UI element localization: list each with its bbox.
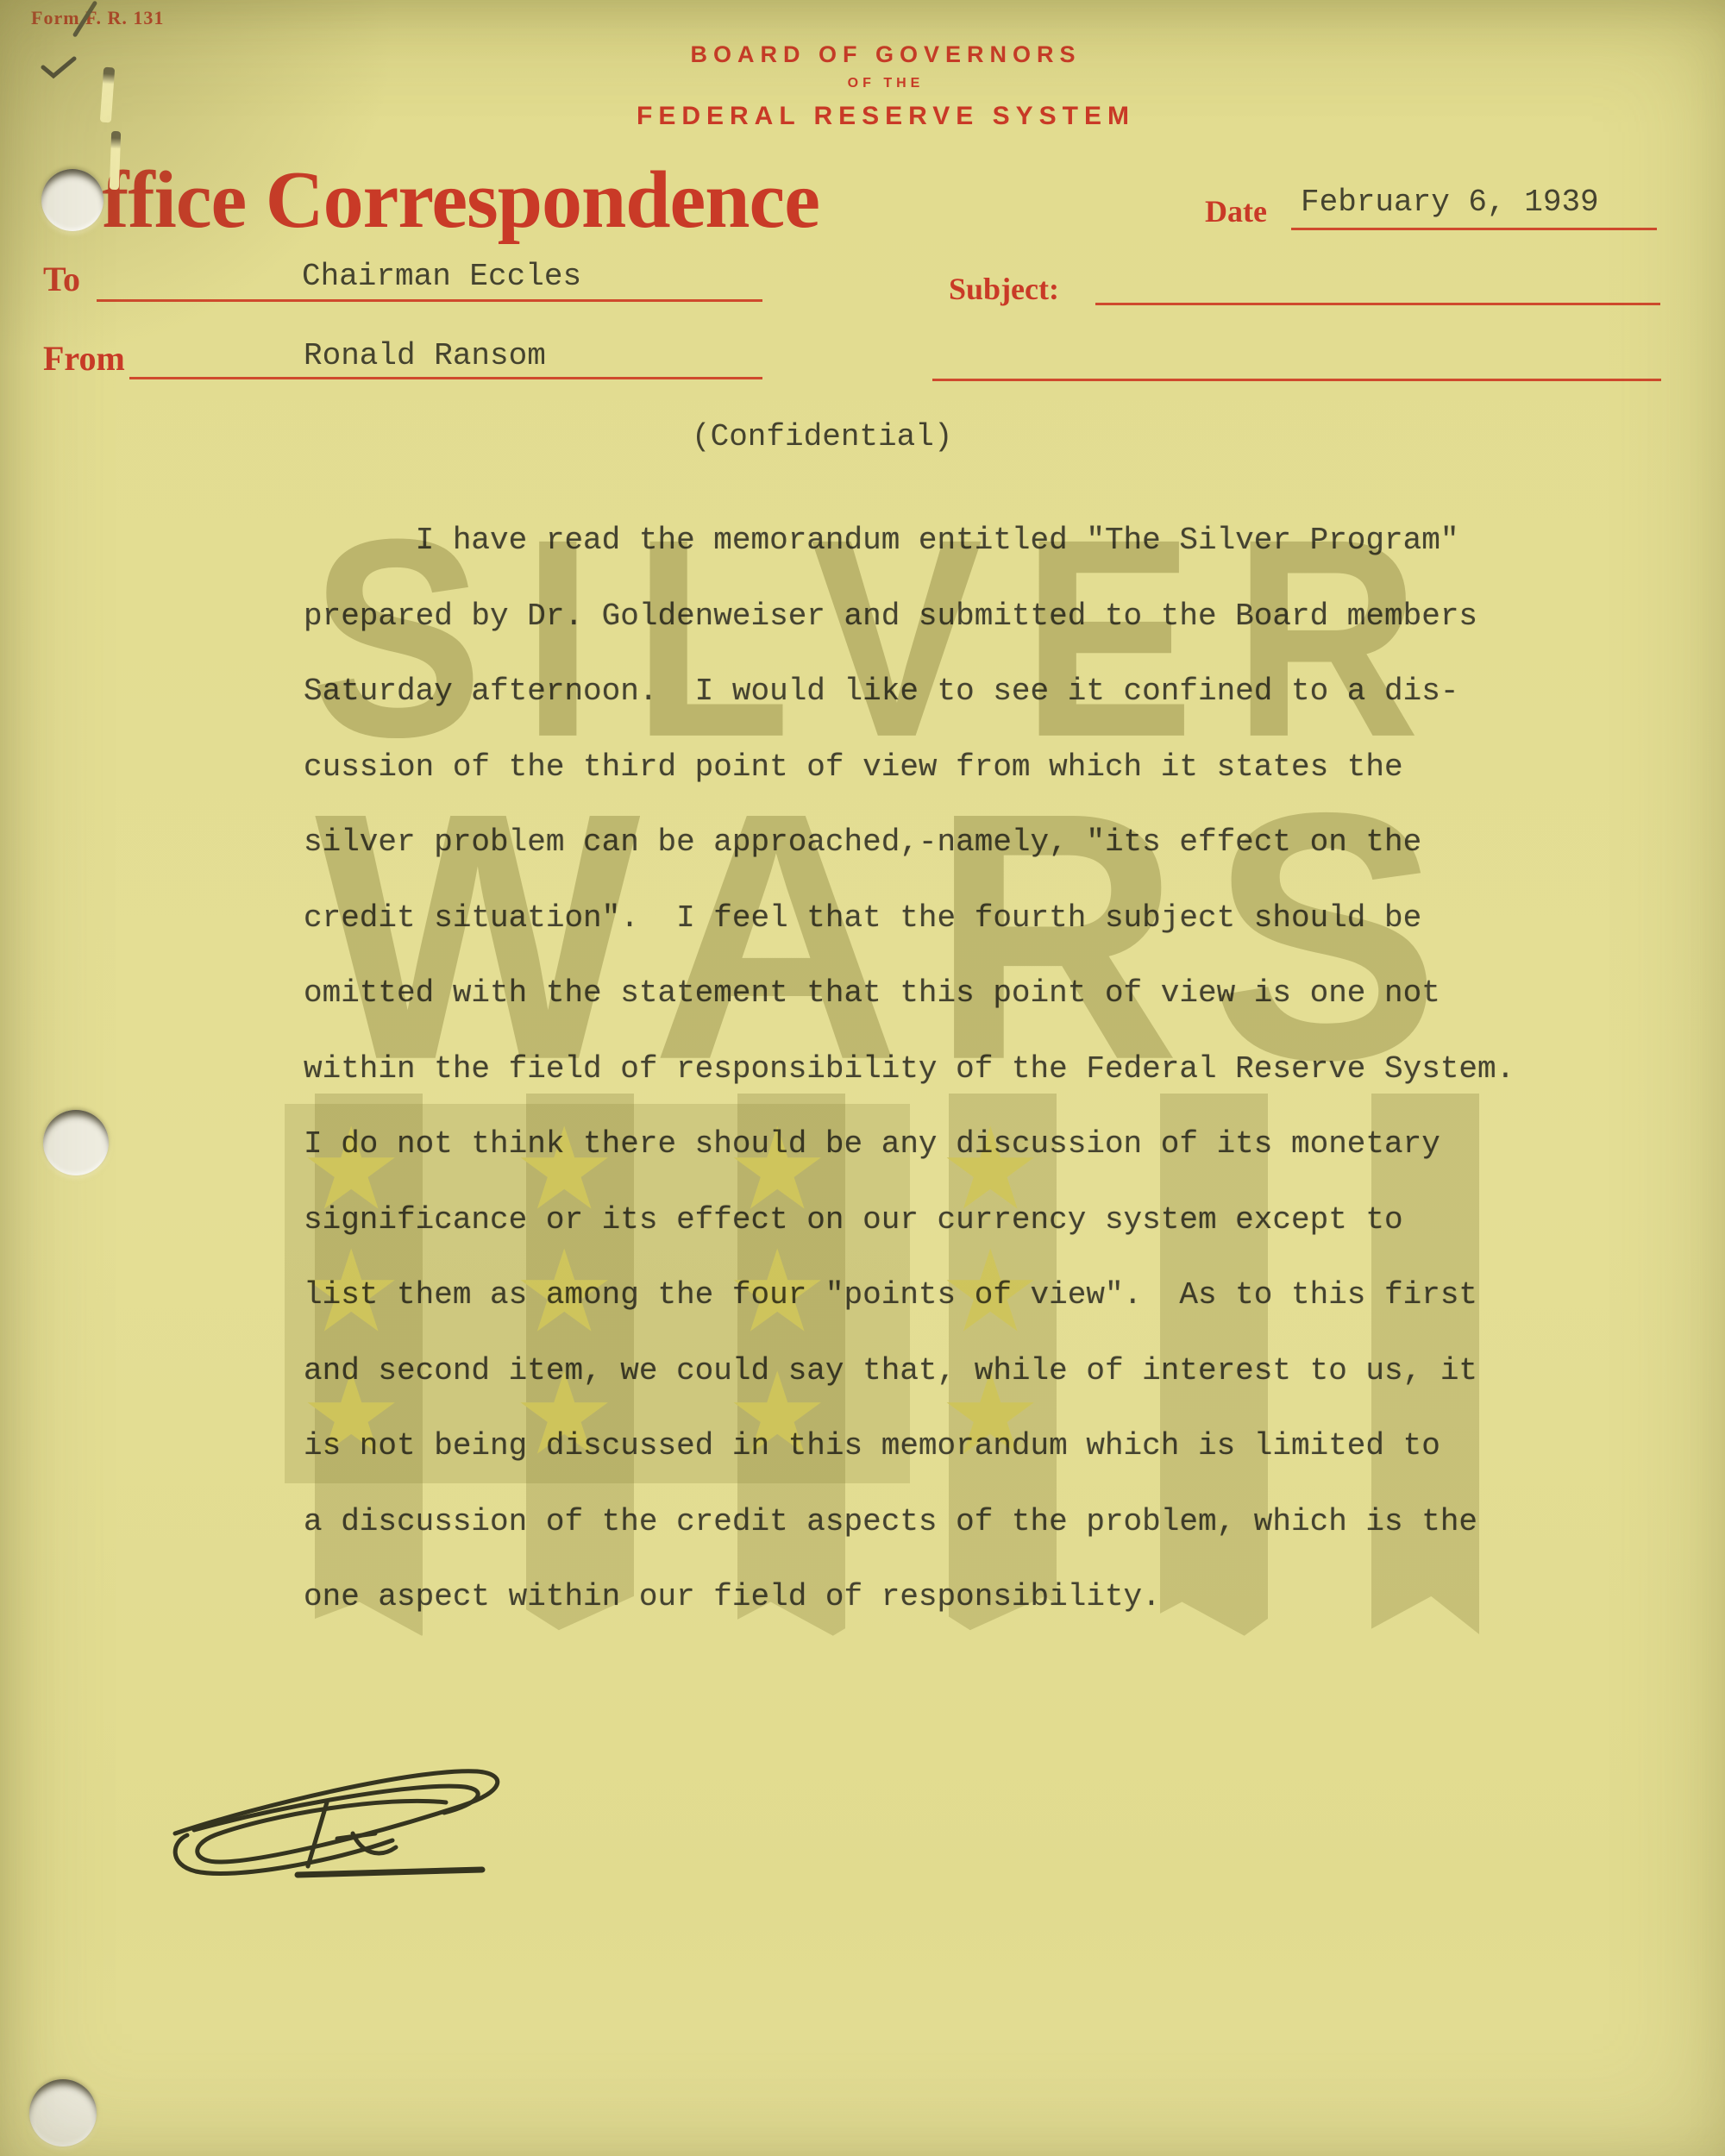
memo-page: Form F. R. 131 BOARD OF GOVERNORS OF THE…: [0, 0, 1725, 2156]
letterhead-federal-reserve-system: FEDERAL RESERVE SYSTEM: [637, 102, 1135, 131]
punch-hole-middle: [43, 1110, 109, 1175]
letterhead-board-of-governors: BOARD OF GOVERNORS: [690, 41, 1081, 68]
from-value: Ronald Ransom: [304, 338, 546, 373]
subject-rule-2: [932, 379, 1661, 381]
punch-hole-bottom: [29, 2079, 97, 2147]
subject-rule-1: [1095, 303, 1660, 305]
page-title: Office Correspondence: [40, 154, 819, 247]
to-value: Chairman Eccles: [302, 259, 581, 294]
memo-body-text: I have read the memorandum entitled "The…: [304, 503, 1515, 1635]
form-number: Form F. R. 131: [31, 7, 164, 29]
letterhead-of-the: OF THE: [848, 76, 925, 91]
to-label: To: [43, 259, 80, 299]
subject-label: Subject:: [949, 271, 1059, 307]
date-label: Date: [1205, 193, 1267, 229]
from-rule: [129, 377, 762, 379]
date-rule: [1291, 228, 1657, 230]
date-value: February 6, 1939: [1301, 185, 1599, 220]
punch-hole-top: [41, 169, 103, 231]
from-label: From: [43, 338, 125, 379]
pencil-checkmark: [40, 53, 78, 83]
confidential-heading: (Confidential): [692, 419, 952, 454]
to-rule: [97, 299, 762, 302]
paper-scratch: [100, 67, 115, 123]
signature-scribble: [160, 1751, 539, 1897]
